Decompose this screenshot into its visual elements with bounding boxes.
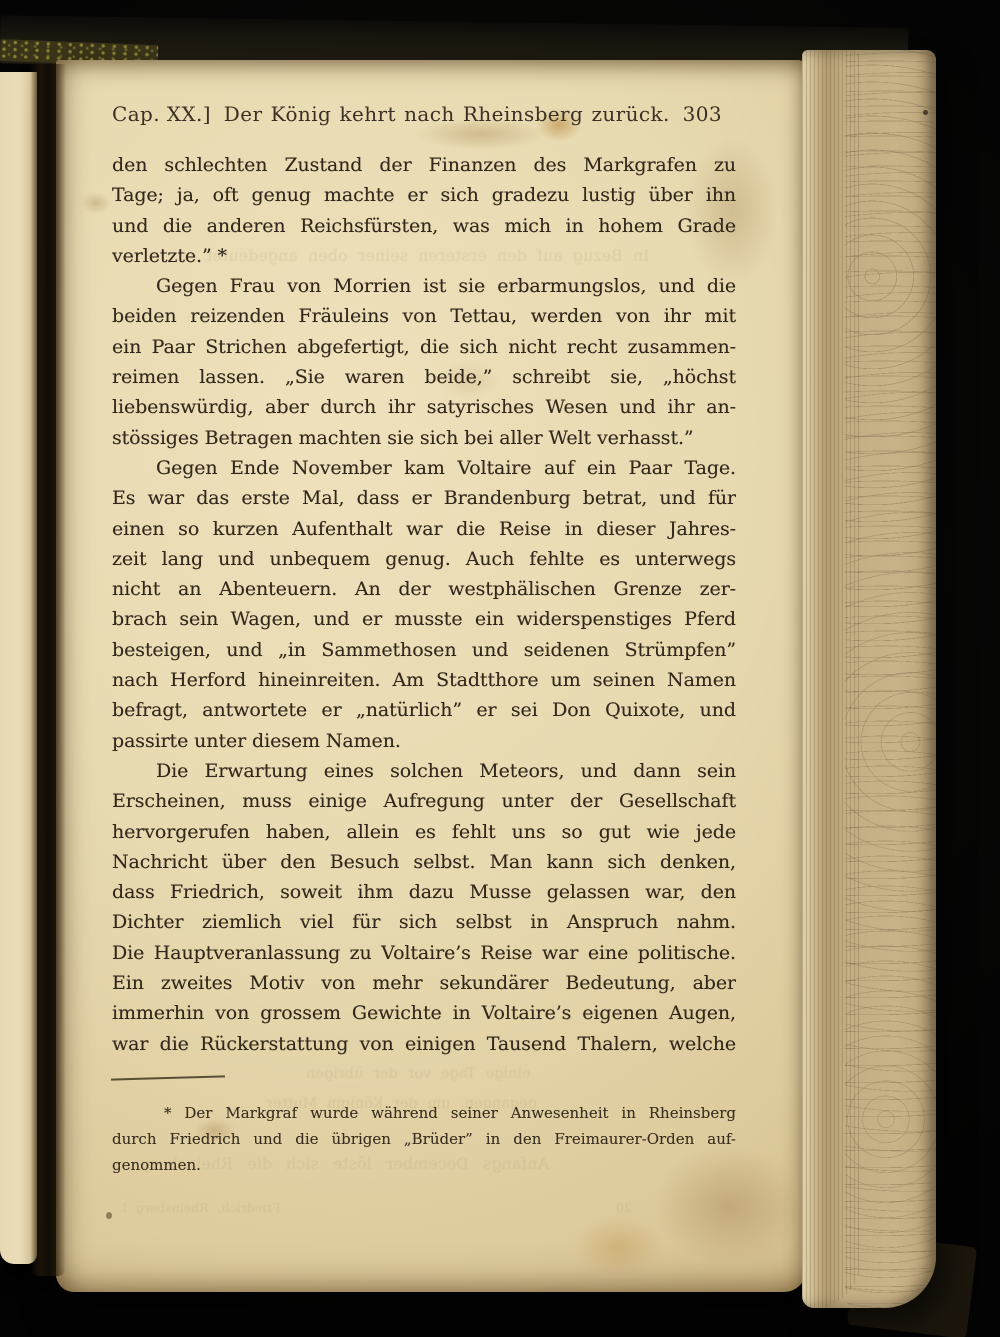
marbled-edge-texture [845,50,936,1308]
footnote-line: durch Friedrich und die übrigen „Brüder”… [112,1126,736,1152]
footnote-line: * Der Markgraf wurde während seiner Anwe… [112,1100,736,1126]
body-line: zeit lang und unbequem genug. Auch fehlt… [112,544,736,574]
scanned-book-photo: In Bezug auf den ersteren seiner oben an… [0,0,1000,1337]
ghost-line: einige Tage vor der übrigen [306,1066,531,1082]
body-line: ein Paar Strichen abgefertigt, die sich … [112,332,736,362]
footnote-rule [111,1075,225,1080]
body-line: Erscheinen, muss einige Aufregung unter … [112,786,736,816]
body-line: befragt, antwortete er „natürlich” er se… [112,695,736,725]
body-line: passirte unter diesem Namen. [112,726,736,756]
book-fore-edge [802,50,936,1308]
running-header: Cap. XX.] Der König kehrt nach Rheinsber… [112,102,736,126]
body-line: Die Erwartung eines solchen Meteors, und… [112,756,736,786]
body-line: Die Hauptveranlassung zu Voltaire’s Reis… [112,938,736,968]
body-line: den schlechten Zustand der Finanzen des … [112,150,736,180]
body-text: den schlechten Zustand der Finanzen des … [112,150,736,1059]
body-line: hervorgerufen haben, allein es fehlt uns… [112,817,736,847]
body-line: brach sein Wagen, und er musste ein wide… [112,604,736,634]
chapter-label: Cap. XX.] [112,102,211,126]
body-line: immerhin von grossem Gewichte in Voltair… [112,998,736,1028]
ink-speck [106,1212,112,1219]
running-title: Der König kehrt nach Rheinsberg zurück. [211,102,683,126]
body-line: Tage; ja, oft genug machte er sich grade… [112,180,736,210]
body-line: nach Herford hineinreiten. Am Stadtthore… [112,665,736,695]
body-line: besteigen, und „in Sammethosen und seide… [112,635,736,665]
body-line: beiden reizenden Fräuleins von Tettau, w… [112,301,736,331]
ghost-line: 20 [616,1200,632,1215]
book-page: In Bezug auf den ersteren seiner oben an… [56,60,806,1292]
body-line: liebenswürdig, aber durch ihr satyrische… [112,392,736,422]
gutter-shadow [30,64,66,1276]
footnote: * Der Markgraf wurde während seiner Anwe… [112,1100,736,1178]
ghost-line: Friedrich, Rheinsberg I. [118,1200,281,1215]
body-line: war die Rückerstattung von einigen Tause… [112,1029,736,1059]
body-line: nicht an Abenteuern. An der westphälisch… [112,574,736,604]
body-line: Es war das erste Mal, dass er Brandenbur… [112,483,736,513]
body-line: und die anderen Reichsfürsten, was mich … [112,211,736,241]
body-line: stössiges Betragen machten sie sich bei … [112,423,736,453]
footnote-line: genommen. [112,1152,736,1178]
page-number: 303 [683,102,736,126]
body-line: verletzte.” * [112,241,736,271]
body-line: Dichter ziemlich viel für sich selbst in… [112,907,736,937]
body-line: Ein zweites Motiv von mehr sekundärer Be… [112,968,736,998]
stain [82,192,110,214]
body-line: Nachricht über den Besuch selbst. Man ka… [112,847,736,877]
body-line: Gegen Frau von Morrien ist sie erbarmung… [112,271,736,301]
body-line: dass Friedrich, soweit ihm dazu Musse ge… [112,877,736,907]
body-line: reimen lassen. „Sie waren beide,” schrei… [112,362,736,392]
body-line: einen so kurzen Aufenthalt war die Reise… [112,514,736,544]
stain [572,1216,664,1278]
body-line: Gegen Ende November kam Voltaire auf ein… [112,453,736,483]
